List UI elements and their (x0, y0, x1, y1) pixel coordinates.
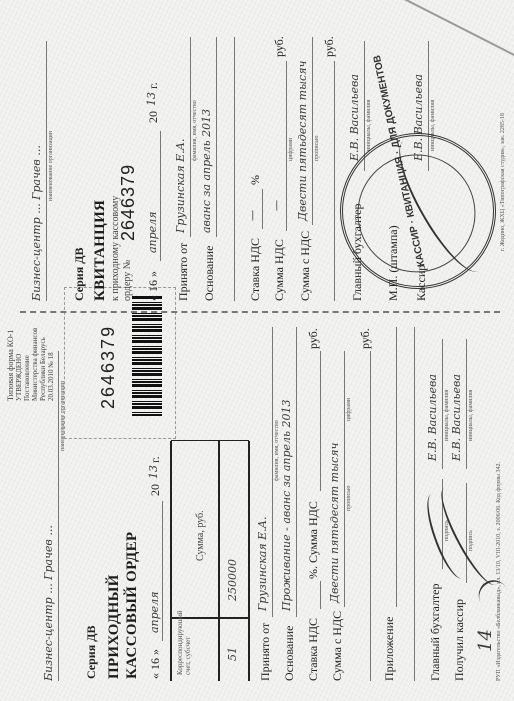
receipt-date-day: « 16 » (146, 271, 161, 301)
sum-underline (344, 351, 345, 607)
barcode (132, 296, 162, 416)
order-cashier-name-caption: инициалы, фамилия (468, 390, 474, 441)
order-chief-accountant-value: Е.В. Васильева (426, 374, 439, 461)
tear-off-line (20, 311, 500, 313)
table-header-sum: Сумма, руб. (195, 510, 206, 561)
order-date-year: 13 (147, 465, 160, 479)
form-name: Типовая форма КО-1 (6, 330, 15, 401)
receipt-date-month: апреля (146, 212, 159, 253)
receipt-sum-underline (312, 37, 313, 225)
order-sum-value: Двести пятьдесят тысяч (328, 443, 341, 603)
approval-line: УТВЕРЖДЕНО (15, 354, 23, 401)
table-cell-sum: 250000 (226, 559, 239, 601)
order-date-g: г. (148, 456, 163, 463)
receipt-sum-rub: руб. (322, 36, 337, 57)
receipt-received-underline (190, 37, 191, 237)
receipt-vat-rate-label: Ставка НДС (248, 238, 263, 301)
order-attachment-label: Приложение (382, 617, 397, 681)
receipt-digits-caption: цифрами (288, 138, 294, 161)
order-date-day: « 16 » (148, 649, 163, 679)
order-received-from-value: Грузинская Е.А. (256, 517, 269, 611)
approval-line: Министерства финансов (31, 328, 39, 401)
order-digits-caption: цифрами (346, 398, 352, 421)
order-cashier-value: Е.В. Васильева (450, 374, 463, 461)
table-cell-account: 51 (226, 647, 239, 661)
order-sum-rub: руб. (358, 328, 373, 349)
receipt-vat-sum-value: — (270, 200, 283, 211)
receipt-vat-rate-underline (262, 189, 263, 229)
receipt-org-caption: наименование организации (48, 131, 54, 201)
receipt-chief-caption: инициалы, фамилия (366, 100, 372, 151)
order-vat-rate-unit: %. Сумма НДС (306, 501, 321, 579)
order-cashier-label: Получил кассир (452, 599, 467, 681)
cash-receipt-document: Бизнес-центр ... Грачев ... наименование… (0, 0, 514, 701)
receipt-date-underline (160, 131, 161, 261)
receipt-printer-footer: г. Жодино, ЖХЦ «Типографская студия», за… (500, 113, 506, 251)
signature-mark (473, 575, 514, 618)
order-date-month: апреля (148, 592, 161, 633)
receipt-number: 2646379 (118, 164, 139, 241)
receipt-basis-underline-2 (234, 37, 235, 301)
receipt-date-g: г. (146, 82, 161, 89)
receipt-organization: Бизнес-центр ... Грачев ... (30, 145, 43, 301)
sum-underline-2 (370, 351, 371, 681)
receipt-date-year: 13 (145, 92, 158, 106)
received-underline (272, 327, 273, 617)
receipt-chief-underline (364, 41, 365, 171)
receipt-title: КВИТАНЦИЯ (92, 200, 109, 301)
approval-line: Республики Беларусь (39, 337, 47, 401)
order-sum-caption: прописью (346, 485, 352, 511)
receipt-received-from-value: Грузинская Е.А. (174, 139, 187, 233)
date-underline (162, 501, 163, 641)
order-title-2: КАССОВЫЙ ОРДЕР (124, 532, 141, 679)
table-bottom-border (248, 441, 250, 681)
chief-name-underline (442, 339, 443, 469)
order-received-from-label: Принято от (258, 623, 273, 681)
receipt-vat-rub: руб. (272, 36, 287, 57)
org-underline (58, 351, 59, 681)
table-right-border (171, 440, 249, 441)
basis-underline (296, 327, 297, 617)
receipt-vat-sum-label: Сумма НДС (272, 239, 287, 301)
receipt-series: Серия ДВ (72, 248, 87, 301)
receipt-org-underline (46, 41, 47, 301)
handwritten-page-number: 14 (475, 629, 496, 652)
receipt-basis-label: Основание (202, 246, 217, 301)
receipt-vat-rate-value: — (246, 210, 259, 221)
order-series: Серия ДВ (84, 626, 99, 679)
receipt-date-year-prefix: 20 (146, 111, 161, 123)
order-sum-label: Сумма с НДС (330, 611, 345, 681)
table-header-border (218, 441, 220, 681)
receipt-sum-value: Двести пятьдесят тысяч (296, 61, 309, 221)
vat-rate-underline (320, 581, 321, 609)
barcode-number: 2646379 (98, 325, 119, 409)
receipt-subtitle-2: ордеру № (122, 260, 133, 301)
table-top-border (170, 441, 172, 681)
order-chief-accountant-label: Главный бухгалтер (428, 584, 443, 681)
attachment-underline (396, 327, 397, 607)
order-basis-label: Основание (282, 626, 297, 681)
order-basis-value: Проживание - аванс за апрель 2013 (280, 399, 293, 611)
vat-sum-underline (320, 351, 321, 491)
receipt-vat-sum-underline (286, 61, 287, 231)
receipt-sum-underline-2 (334, 61, 335, 301)
attachment-underline-2 (414, 327, 415, 681)
receipt-sum-caption: прописью (314, 135, 320, 161)
receipt-chief-accountant-value: Е.В. Васильева (348, 74, 361, 161)
receipt-sum-label: Сумма с НДС (298, 231, 313, 301)
receipt-basis-value: аванс за апрель 2013 (200, 109, 213, 233)
order-vat-rub: руб. (306, 328, 321, 349)
approval-line: Постановление (23, 355, 31, 401)
receipt-received-from-label: Принято от (176, 243, 191, 301)
order-title-1: ПРИХОДНЫЙ (106, 574, 123, 679)
order-printer-footer: РУП «Издательство «Белбланкавыд», кл. 13… (496, 462, 502, 681)
approval-line: 20.03.2010 № 18 (47, 352, 55, 401)
receipt-vat-rate-unit: % (248, 175, 263, 185)
order-organization: Бизнес-центр ... Грачев ... (42, 525, 55, 681)
receipt-basis-underline (216, 37, 217, 237)
order-date-year-prefix: 20 (148, 484, 163, 496)
order-vat-rate-label: Ставка НДС (306, 618, 321, 681)
cashier-name-underline (466, 339, 467, 469)
table-header-account: Корреспондирующий счет, субсчет (176, 621, 192, 675)
receipt-received-caption: фамилия, имя, отчество (192, 100, 198, 161)
